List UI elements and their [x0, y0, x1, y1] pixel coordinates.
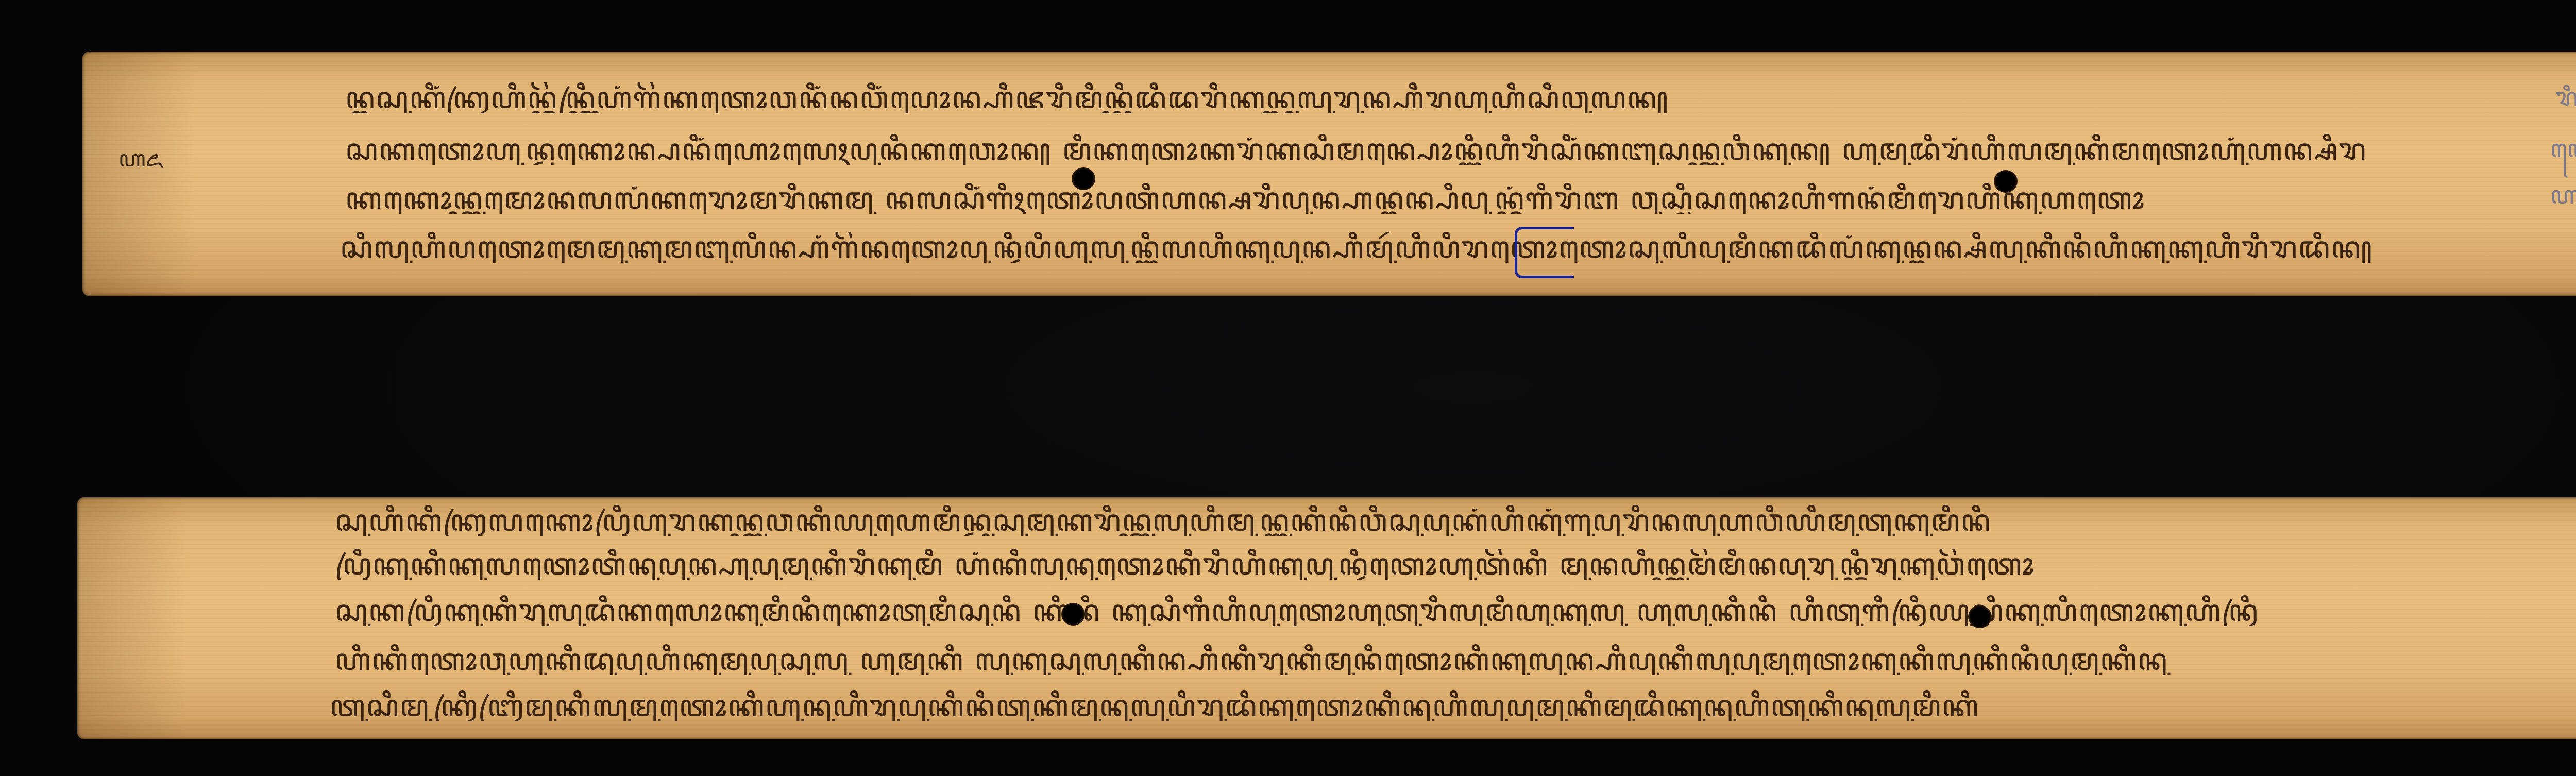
script-line-4: ꦱꦶꦭꦸꦲꦶꦥꦠꦺꦴꦩꦺꦩꦸꦏꦸꦩꦧꦸꦭꦶꦤ꧀ꦲꦁꦒꦼꦤꦠꦺꦴꦥꦸꦤ꧀ꦢꦶꦥꦶꦲ…	[340, 232, 2576, 263]
folio-number: ꦲ꧖	[118, 142, 163, 188]
script-line-4: ꦲꦶꦏꦶꦠꦺꦴꦮꦸꦲꦸꦏꦶꦢꦸꦥꦸꦲꦶꦏꦸꦩꦸꦥꦸꦱꦸꦭꦸ ꦲꦸꦩꦸꦏꦶ ꦭꦸꦏ…	[335, 644, 2576, 675]
script-line-1: ꦤ꧀ꦭꦱꦸꦏꦶꦏꦿꦁꦲꦶꦤ꧀ꦠꦼꦤ꧀ꦠꦿꦶꦲꦁꦒꦼꦏꦠꦺꦴꦮꦤꦶꦁꦤꦮꦶꦁꦥꦺꦴ…	[345, 82, 2483, 113]
script-line-1: ꦱꦸꦲꦶꦏꦶꦏꦿꦭꦏꦺꦴꦥꦿꦶꦲꦸꦫꦏꦤ꧀ꦏꦸꦮꦏꦶꦪꦸꦲꦺꦩꦶꦤ꧀ꦝꦸꦱꦸꦩꦸ…	[335, 505, 2576, 536]
binding-hole-left	[1061, 603, 1085, 626]
binding-hole-right	[1994, 170, 2018, 193]
script-line-5: ꦠꦸꦱꦶꦩꦸꦏꦿꦶꦧꦿꦶꦩꦸꦏꦶꦭꦸꦩꦸꦠꦺꦴꦏꦶꦲꦸꦤꦸꦲꦶꦫꦸꦥꦸꦏꦶꦤꦶꦠ…	[330, 690, 2576, 721]
binding-hole-right	[1968, 605, 1992, 628]
marginal-note-1: ꦫꦶꦭꦁꦏꦶꦪꦸꦩꦪ	[2555, 82, 2576, 112]
palm-leaf-bottom: ꦱꦸꦲꦶꦏꦶꦏꦿꦭꦏꦺꦴꦥꦿꦶꦲꦸꦫꦏꦤ꧀ꦏꦸꦮꦏꦶꦪꦸꦲꦺꦩꦶꦤ꧀ꦝꦸꦱꦸꦩꦸ…	[77, 497, 2576, 739]
script-line-3: ꦏꦏꦺꦴꦤ꧀ꦏꦸꦩꦺꦴꦤꦭꦭꦁꦏꦫꦺꦴꦩꦫꦶꦏꦩꦸ ꦤꦭꦱꦶꦁꦒꦶꦃꦠꦺꦴꦥꦠꦶ…	[345, 183, 2468, 214]
marginal-note-3: ꦲꦸ ꦏꦸꦒꦸꦩꦸꦭꦸꦤ꧀	[2550, 180, 2576, 210]
palm-leaf-top: ꦲ꧖ ꦤ꧀ꦭꦱꦸꦏꦶꦏꦿꦁꦲꦶꦤ꧀ꦠꦼꦤ꧀ꦠꦿꦶꦲꦁꦒꦼꦏꦠꦺꦴꦮꦤꦶꦁꦤꦮꦶꦁ…	[82, 52, 2576, 296]
marginal-note-2: ꦪꦺꦴꦩꦸꦏꦸꦏꦫꦸꦩꦸꦱꦶ	[2550, 134, 2576, 164]
binding-hole-left	[1072, 167, 1095, 190]
script-line-2: ꦱꦏꦠꦺꦴꦲꦸꦤ꧀ꦝꦏꦺꦴꦤ꧀ꦥꦤꦶꦁꦲꦺꦴꦭꦺꦃꦥꦸꦤꦶꦏꦮꦺꦴꦤ꧀ ꦩꦶꦏꦠ…	[345, 134, 2488, 165]
script-line-2: ꦥꦿꦶꦏꦸꦏꦶꦏꦸꦭꦠꦺꦴꦠꦶꦤꦸꦥꦸꦤ꧀ꦲꦸꦥꦸꦩꦸꦏꦶꦫꦶꦏꦸꦩꦶ ꦲꦁꦏꦶ…	[335, 549, 2576, 580]
blue-ink-bracket-annotation	[1515, 227, 1574, 278]
script-line-3: ꦱꦸꦏꦥꦿꦶꦏꦸꦏꦶꦫꦸꦭꦸꦢꦶꦏꦭꦺꦴꦏꦸꦩꦶꦤꦶꦏꦺꦴꦠꦸꦩꦶꦱꦸꦤꦶ ꦏꦶ…	[335, 595, 2576, 626]
